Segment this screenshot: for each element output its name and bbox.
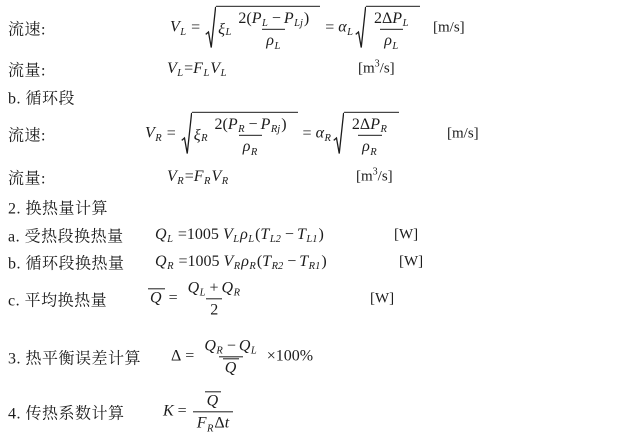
flow-rate-label: 流量: — [8, 58, 46, 81]
math-token: T — [299, 253, 308, 270]
math-token: = — [325, 19, 334, 36]
math-token: ρ — [241, 253, 249, 270]
math-token: V — [210, 60, 220, 77]
math-token: V — [167, 168, 177, 185]
radical-icon — [181, 112, 192, 156]
unit-watt: [W] — [399, 254, 423, 271]
row-heat-L: a. 受热段换热量 QL=1005VLρL(TL2−TL1) [W] — [0, 222, 640, 248]
math-token: 2 — [210, 302, 218, 319]
q-bar: Q — [148, 289, 165, 308]
math-token: ρ — [243, 138, 251, 155]
math-token: = — [167, 125, 176, 142]
unit-part: [m — [358, 61, 375, 77]
math-token: Δ — [171, 348, 181, 365]
flow-rate-label: 流量: — [8, 166, 46, 189]
item-a-heading: a. 受热段换热量 — [8, 224, 124, 247]
math-token: = — [303, 125, 312, 142]
math-sub: R — [222, 176, 228, 187]
k-formula: K=QFRΔt — [163, 391, 235, 432]
unit-m-per-s: [m/s] — [433, 20, 465, 37]
math-token: 2Δ — [374, 10, 392, 27]
math-sub: R — [155, 133, 161, 144]
flow-speed-label: 流速: — [8, 123, 46, 146]
unit-part: /s] — [378, 169, 393, 185]
fraction: 2(PR−PRj)ρR — [211, 115, 291, 156]
radical-icon — [205, 6, 216, 50]
unit-m-per-s: [m/s] — [447, 126, 479, 143]
math-token: F — [197, 415, 207, 432]
math-token: Q — [239, 337, 251, 354]
math-sub: R — [177, 176, 183, 187]
math-token: ) — [304, 10, 309, 27]
square-root: 2ΔPRρR — [333, 112, 399, 156]
section-b-heading: b. 循环段 — [8, 86, 75, 109]
math-token: P — [284, 10, 294, 27]
math-sub: L — [392, 40, 398, 51]
row-section-b: b. 循环段 — [0, 86, 640, 108]
math-sub: R — [207, 423, 213, 434]
math-token: ξ — [218, 21, 225, 39]
math-sub: L — [274, 40, 280, 51]
math-token: = — [178, 403, 187, 420]
item-b-heading: b. 循环段换热量 — [8, 251, 125, 274]
math-token: Q — [188, 279, 200, 296]
math-token: T — [262, 253, 271, 270]
math-sub: R — [249, 261, 255, 272]
math-token: V — [223, 226, 233, 243]
math-sub: L — [403, 18, 409, 29]
math-sub: L — [251, 346, 257, 357]
math-token: = — [184, 60, 193, 77]
document-page: 流速: VL=ξL2(PL−PLj)ρL=αL2ΔPLρL [m/s] 流量: … — [0, 0, 640, 442]
math-token: α — [316, 125, 324, 142]
math-token: =1005 — [178, 226, 219, 243]
math-token: T — [297, 226, 306, 243]
section-2-heading: 2. 换热量计算 — [8, 196, 108, 219]
section-4-heading: 4. 传热系数计算 — [8, 401, 125, 424]
math-sub: R — [234, 288, 240, 299]
q-bar: Q — [205, 391, 222, 410]
math-token: V — [145, 125, 155, 142]
heat-R-formula: QR=1005VRρR(TR2−TR1) — [155, 253, 327, 271]
math-token: Q — [155, 226, 167, 243]
square-root: ξL2(PL−PLj)ρL — [205, 6, 320, 50]
math-token: − — [272, 10, 281, 27]
row-section-2: 2. 换热量计算 — [0, 196, 640, 218]
fraction: 2ΔPRρR — [348, 115, 392, 156]
row-velocity-R: 流速: VR=ξR2(PR−PRj)ρR=αR2ΔPRρR [m/s] — [0, 108, 640, 160]
math-sub: R — [234, 261, 240, 272]
math-token: = — [191, 19, 200, 36]
math-sub: L — [347, 27, 353, 38]
velocity-R-formula: VR=ξR2(PR−PRj)ρR=αR2ΔPRρR — [145, 112, 400, 156]
math-token: P — [252, 10, 262, 27]
math-token: F — [193, 60, 203, 77]
fraction: QL+QR2 — [184, 278, 245, 319]
math-token: ρ — [362, 138, 370, 155]
math-token: − — [287, 253, 296, 270]
math-token: V — [224, 253, 234, 270]
row-k-coefficient: 4. 传热系数计算 K=QFRΔt — [0, 384, 640, 440]
section-3-heading: 3. 热平衡误差计算 — [8, 346, 141, 369]
flowrate-R-formula: VR=FRVR — [167, 168, 229, 186]
math-token: 2( — [215, 116, 228, 133]
math-sub: R — [204, 176, 210, 187]
flow-speed-label: 流速: — [8, 17, 46, 40]
math-token: − — [227, 337, 236, 354]
math-token: ) — [281, 116, 286, 133]
unit-part: [m — [356, 169, 373, 185]
math-sub: R1 — [309, 261, 321, 272]
row-velocity-L: 流速: VL=ξL2(PL−PLj)ρL=αL2ΔPLρL [m/s] — [0, 3, 640, 53]
math-token: t — [225, 415, 229, 432]
math-token: P — [370, 116, 380, 133]
math-token: ρ — [266, 32, 274, 49]
math-sub: R2 — [272, 261, 284, 272]
math-token: T — [260, 226, 269, 243]
math-sub: Lj — [294, 18, 303, 29]
math-sub: R — [238, 124, 244, 135]
math-sub: R — [380, 124, 386, 135]
heat-L-formula: QL=1005VLρL(TL2−TL1) — [155, 226, 324, 244]
math-sub: L — [248, 234, 254, 245]
math-token: Q — [222, 279, 234, 296]
unit-m3-per-s: [m3/s] — [356, 169, 393, 186]
math-token: P — [261, 116, 271, 133]
math-token: Δ — [214, 415, 224, 432]
row-flowrate-L: 流量: VL=FLVL [m3/s] — [0, 56, 640, 82]
math-token: K — [163, 403, 174, 420]
fraction: 2ΔPLρL — [370, 9, 413, 50]
math-token: + — [210, 279, 219, 296]
flowrate-L-formula: VL=FLVL — [167, 60, 227, 78]
math-sub: L — [167, 234, 173, 245]
math-sub: R — [167, 261, 173, 272]
math-sub: R — [216, 346, 222, 357]
q-bar: Q — [223, 359, 240, 378]
math-sub: R — [251, 146, 257, 157]
math-token: =1005 — [178, 253, 219, 270]
item-c-heading: c. 平均换热量 — [8, 288, 107, 311]
math-sub: L — [177, 68, 183, 79]
math-token: ×100% — [267, 348, 313, 365]
math-token: ρ — [384, 32, 392, 49]
math-token: V — [170, 19, 180, 36]
math-token: P — [392, 10, 402, 27]
math-sub: L2 — [270, 234, 281, 245]
math-token: − — [285, 226, 294, 243]
square-root: ξR2(PR−PRj)ρR — [181, 112, 298, 156]
math-sub: R — [370, 146, 376, 157]
math-token: = — [185, 348, 194, 365]
math-sub: L — [233, 234, 239, 245]
row-error: 3. 热平衡误差计算 Δ=QR−QLQ×100% — [0, 333, 640, 381]
velocity-L-formula: VL=ξL2(PL−PLj)ρL=αL2ΔPLρL — [170, 6, 421, 50]
math-token: 2Δ — [352, 116, 370, 133]
math-sub: L1 — [306, 234, 317, 245]
math-sub: L — [262, 18, 268, 29]
math-token: Q — [155, 253, 167, 270]
row-heat-avg: c. 平均换热量 Q=QL+QR2 [W] — [0, 276, 640, 322]
fraction: QFRΔt — [193, 391, 233, 432]
math-token: ρ — [240, 226, 248, 243]
math-token: − — [249, 116, 258, 133]
fraction: QR−QLQ — [200, 336, 261, 377]
unit-watt: [W] — [394, 227, 418, 244]
unit-m3-per-s: [m3/s] — [358, 61, 395, 78]
math-token: ) — [321, 253, 326, 270]
error-formula: Δ=QR−QLQ×100% — [171, 336, 313, 377]
math-token: = — [169, 290, 178, 307]
math-sub: L — [180, 27, 186, 38]
math-token: = — [185, 168, 194, 185]
math-sub: R — [324, 133, 330, 144]
row-flowrate-R: 流量: VR=FRVR [m3/s] — [0, 164, 640, 190]
math-sub: L — [200, 288, 206, 299]
math-token: V — [211, 168, 221, 185]
avg-heat-formula: Q=QL+QR2 — [148, 278, 247, 319]
unit-watt: [W] — [370, 291, 394, 308]
unit-part: /s] — [380, 61, 395, 77]
math-token: Q — [204, 337, 216, 354]
math-token: P — [228, 116, 238, 133]
math-token: α — [338, 19, 346, 36]
row-heat-R: b. 循环段换热量 QR=1005VRρR(TR2−TR1) [W] — [0, 249, 640, 275]
math-token: ξ — [194, 127, 201, 145]
square-root: 2ΔPLρL — [355, 6, 420, 50]
fraction: 2(PL−PLj)ρL — [234, 9, 313, 50]
math-sub: Rj — [271, 124, 280, 135]
math-sub: L — [203, 68, 209, 79]
math-token: V — [167, 60, 177, 77]
math-token: F — [194, 168, 204, 185]
math-token: 2( — [238, 10, 251, 27]
radical-icon — [333, 112, 344, 156]
math-token: ) — [318, 226, 323, 243]
radical-icon — [355, 6, 366, 50]
math-sub: L — [221, 68, 227, 79]
